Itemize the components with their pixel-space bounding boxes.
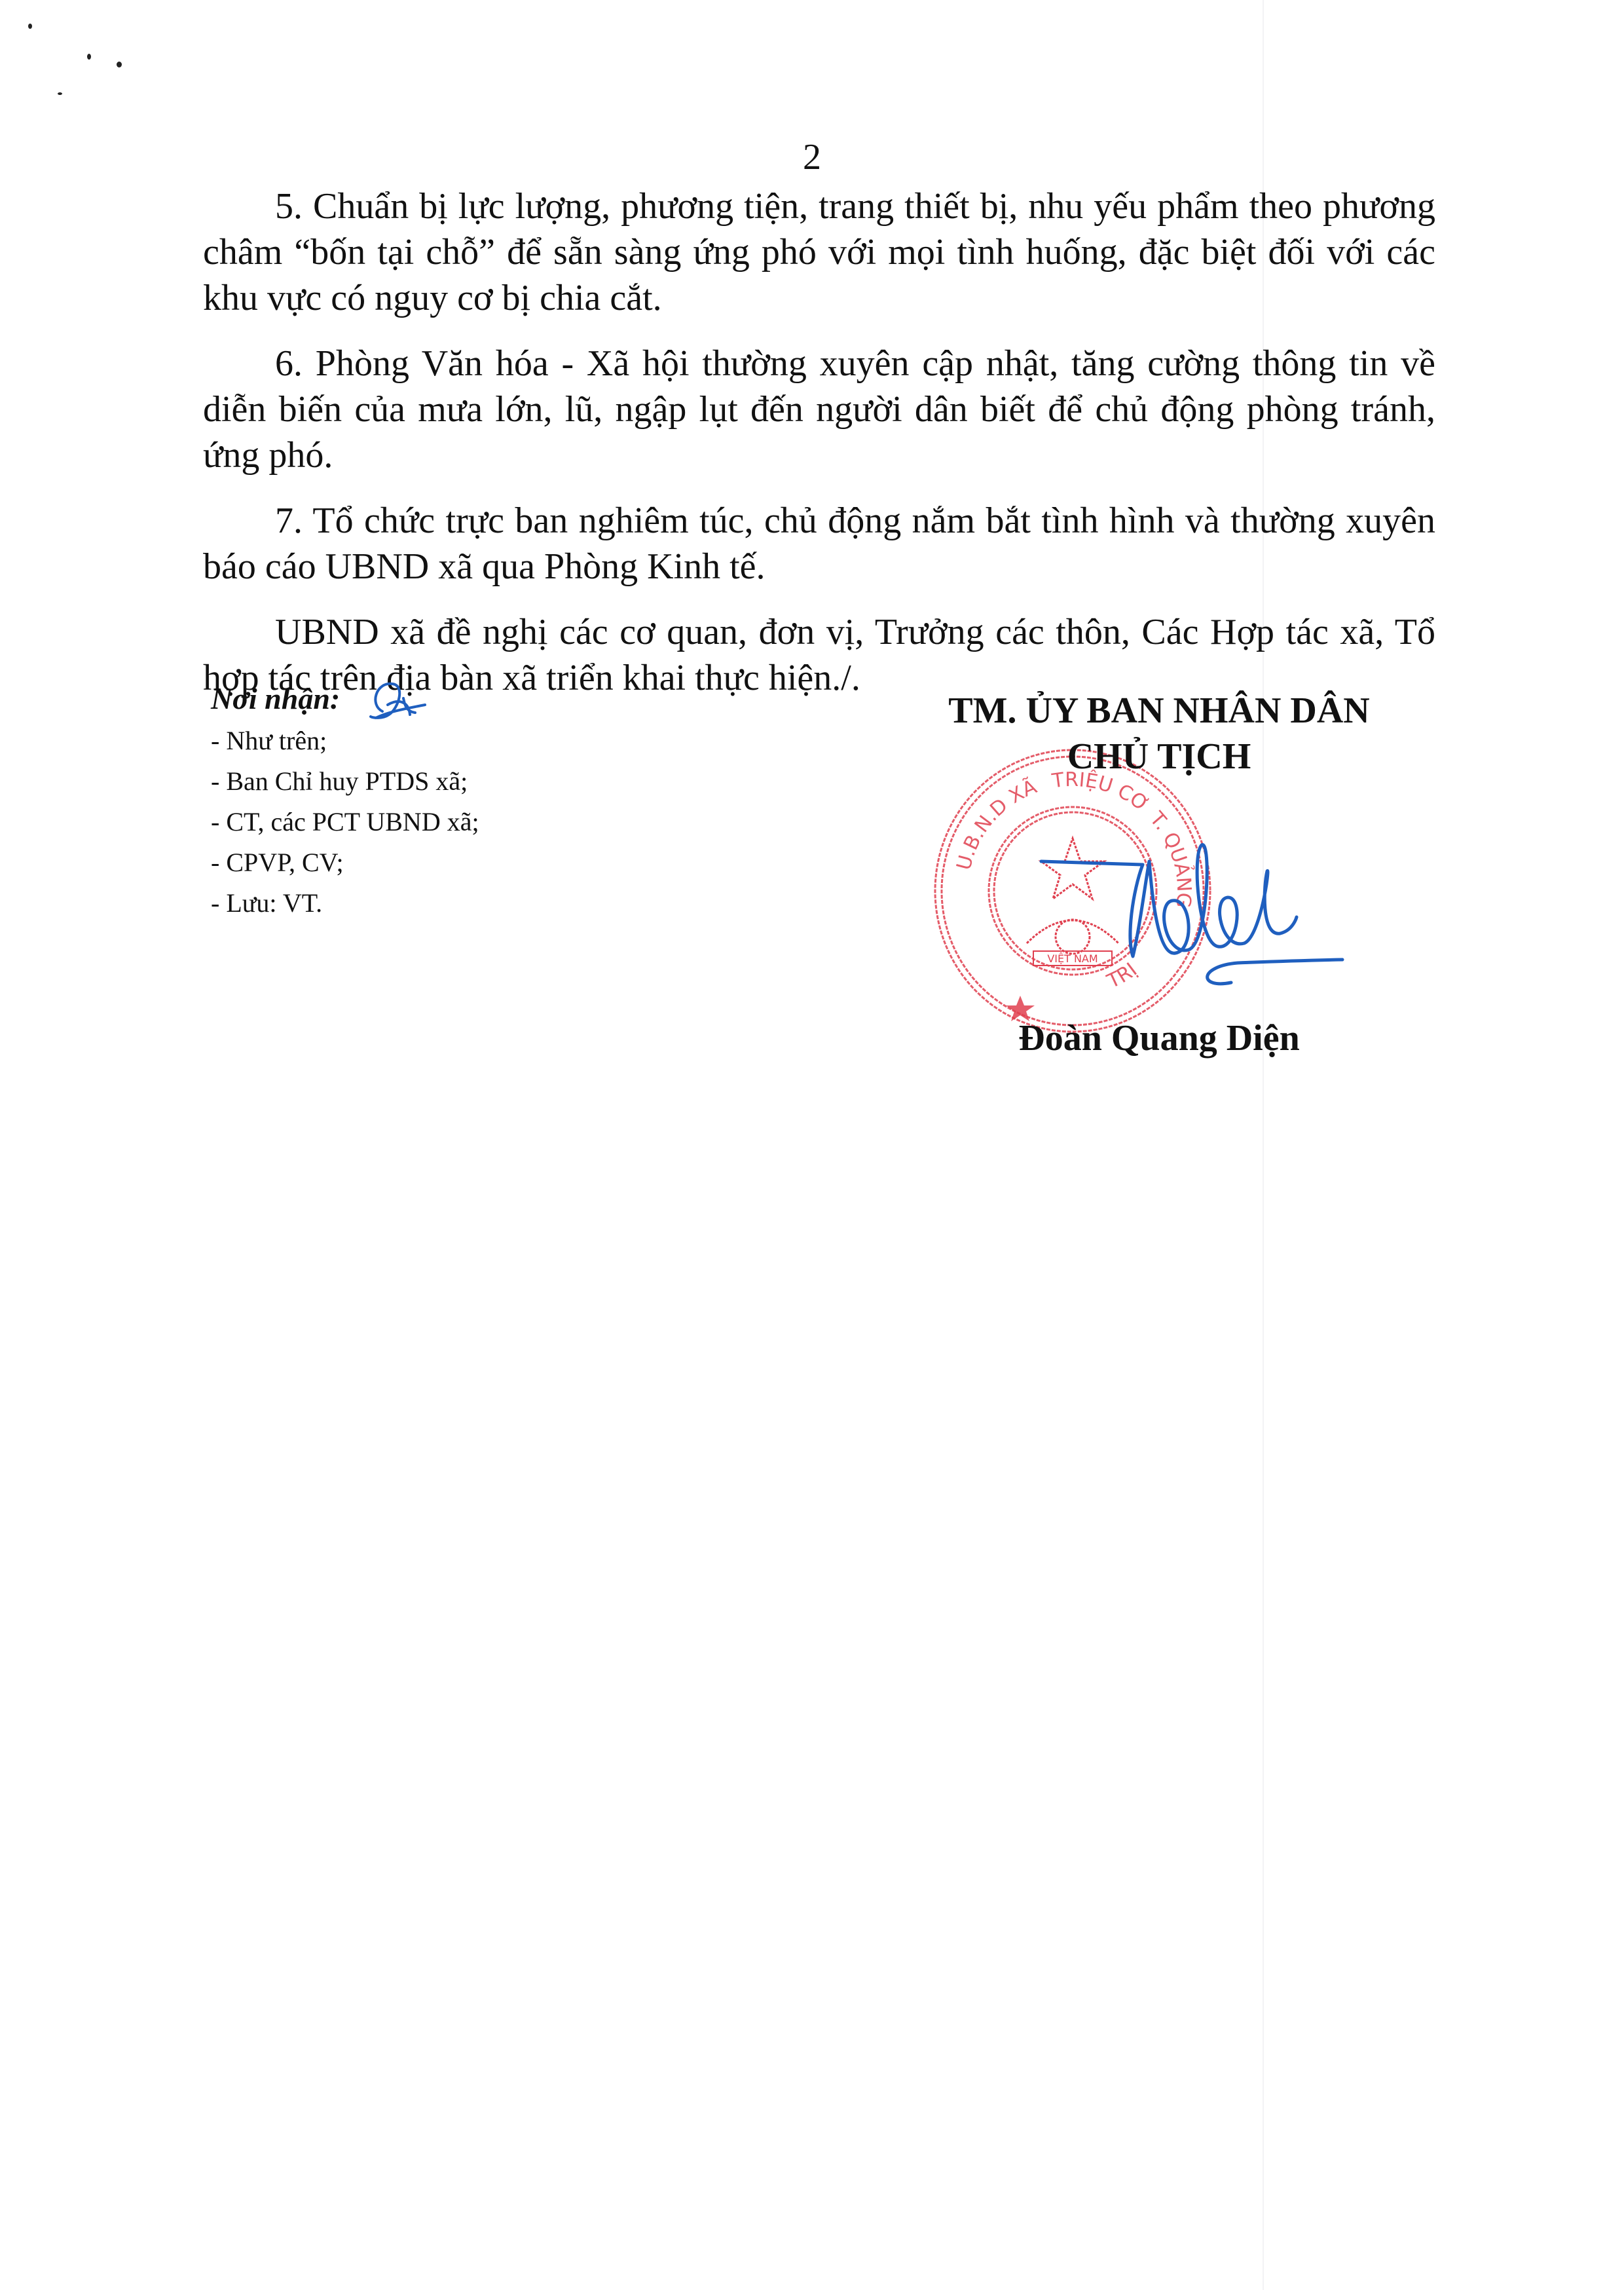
recipient-item: - Lưu: VT.	[211, 883, 669, 924]
scan-speck	[117, 62, 122, 67]
scan-speck	[58, 92, 62, 95]
paragraph-item-5: 5. Chuẩn bị lực lượng, phương tiện, tran…	[203, 183, 1435, 321]
recipient-item: - Ban Chỉ huy PTDS xã;	[211, 761, 669, 802]
signature-block: TM. ỦY BAN NHÂN DÂN CHỦ TỊCH Đoàn Quang …	[904, 688, 1414, 779]
signing-organization: TM. ỦY BAN NHÂN DÂN	[904, 688, 1414, 734]
signer-name: Đoàn Quang Diện	[904, 1015, 1414, 1061]
svg-text:U.B.N.D XÃ: U.B.N.D XÃ	[952, 775, 1040, 873]
page-number: 2	[0, 139, 1624, 176]
recipient-item: - Như trên;	[211, 721, 669, 761]
initial-signature-icon	[363, 679, 428, 724]
scan-speck	[28, 24, 32, 29]
recipient-item: - CT, các PCT UBND xã;	[211, 802, 669, 842]
signer-role: CHỦ TỊCH	[904, 734, 1414, 779]
paragraph-item-6: 6. Phòng Văn hóa - Xã hội thường xuyên c…	[203, 341, 1435, 478]
recipient-item: - CPVP, CV;	[211, 842, 669, 883]
recipients-list: - Như trên; - Ban Chỉ huy PTDS xã; - CT,…	[211, 721, 669, 924]
paragraph-item-7: 7. Tổ chức trực ban nghiêm túc, chủ động…	[203, 498, 1435, 590]
recipients-title: Nơi nhận:	[211, 679, 340, 719]
scan-speck	[87, 54, 91, 60]
document-body: 5. Chuẩn bị lực lượng, phương tiện, tran…	[203, 183, 1435, 721]
recipients-block: Nơi nhận: - Như trên; - Ban Chỉ huy PTDS…	[211, 679, 669, 924]
handwritten-signature-icon	[1035, 825, 1349, 996]
